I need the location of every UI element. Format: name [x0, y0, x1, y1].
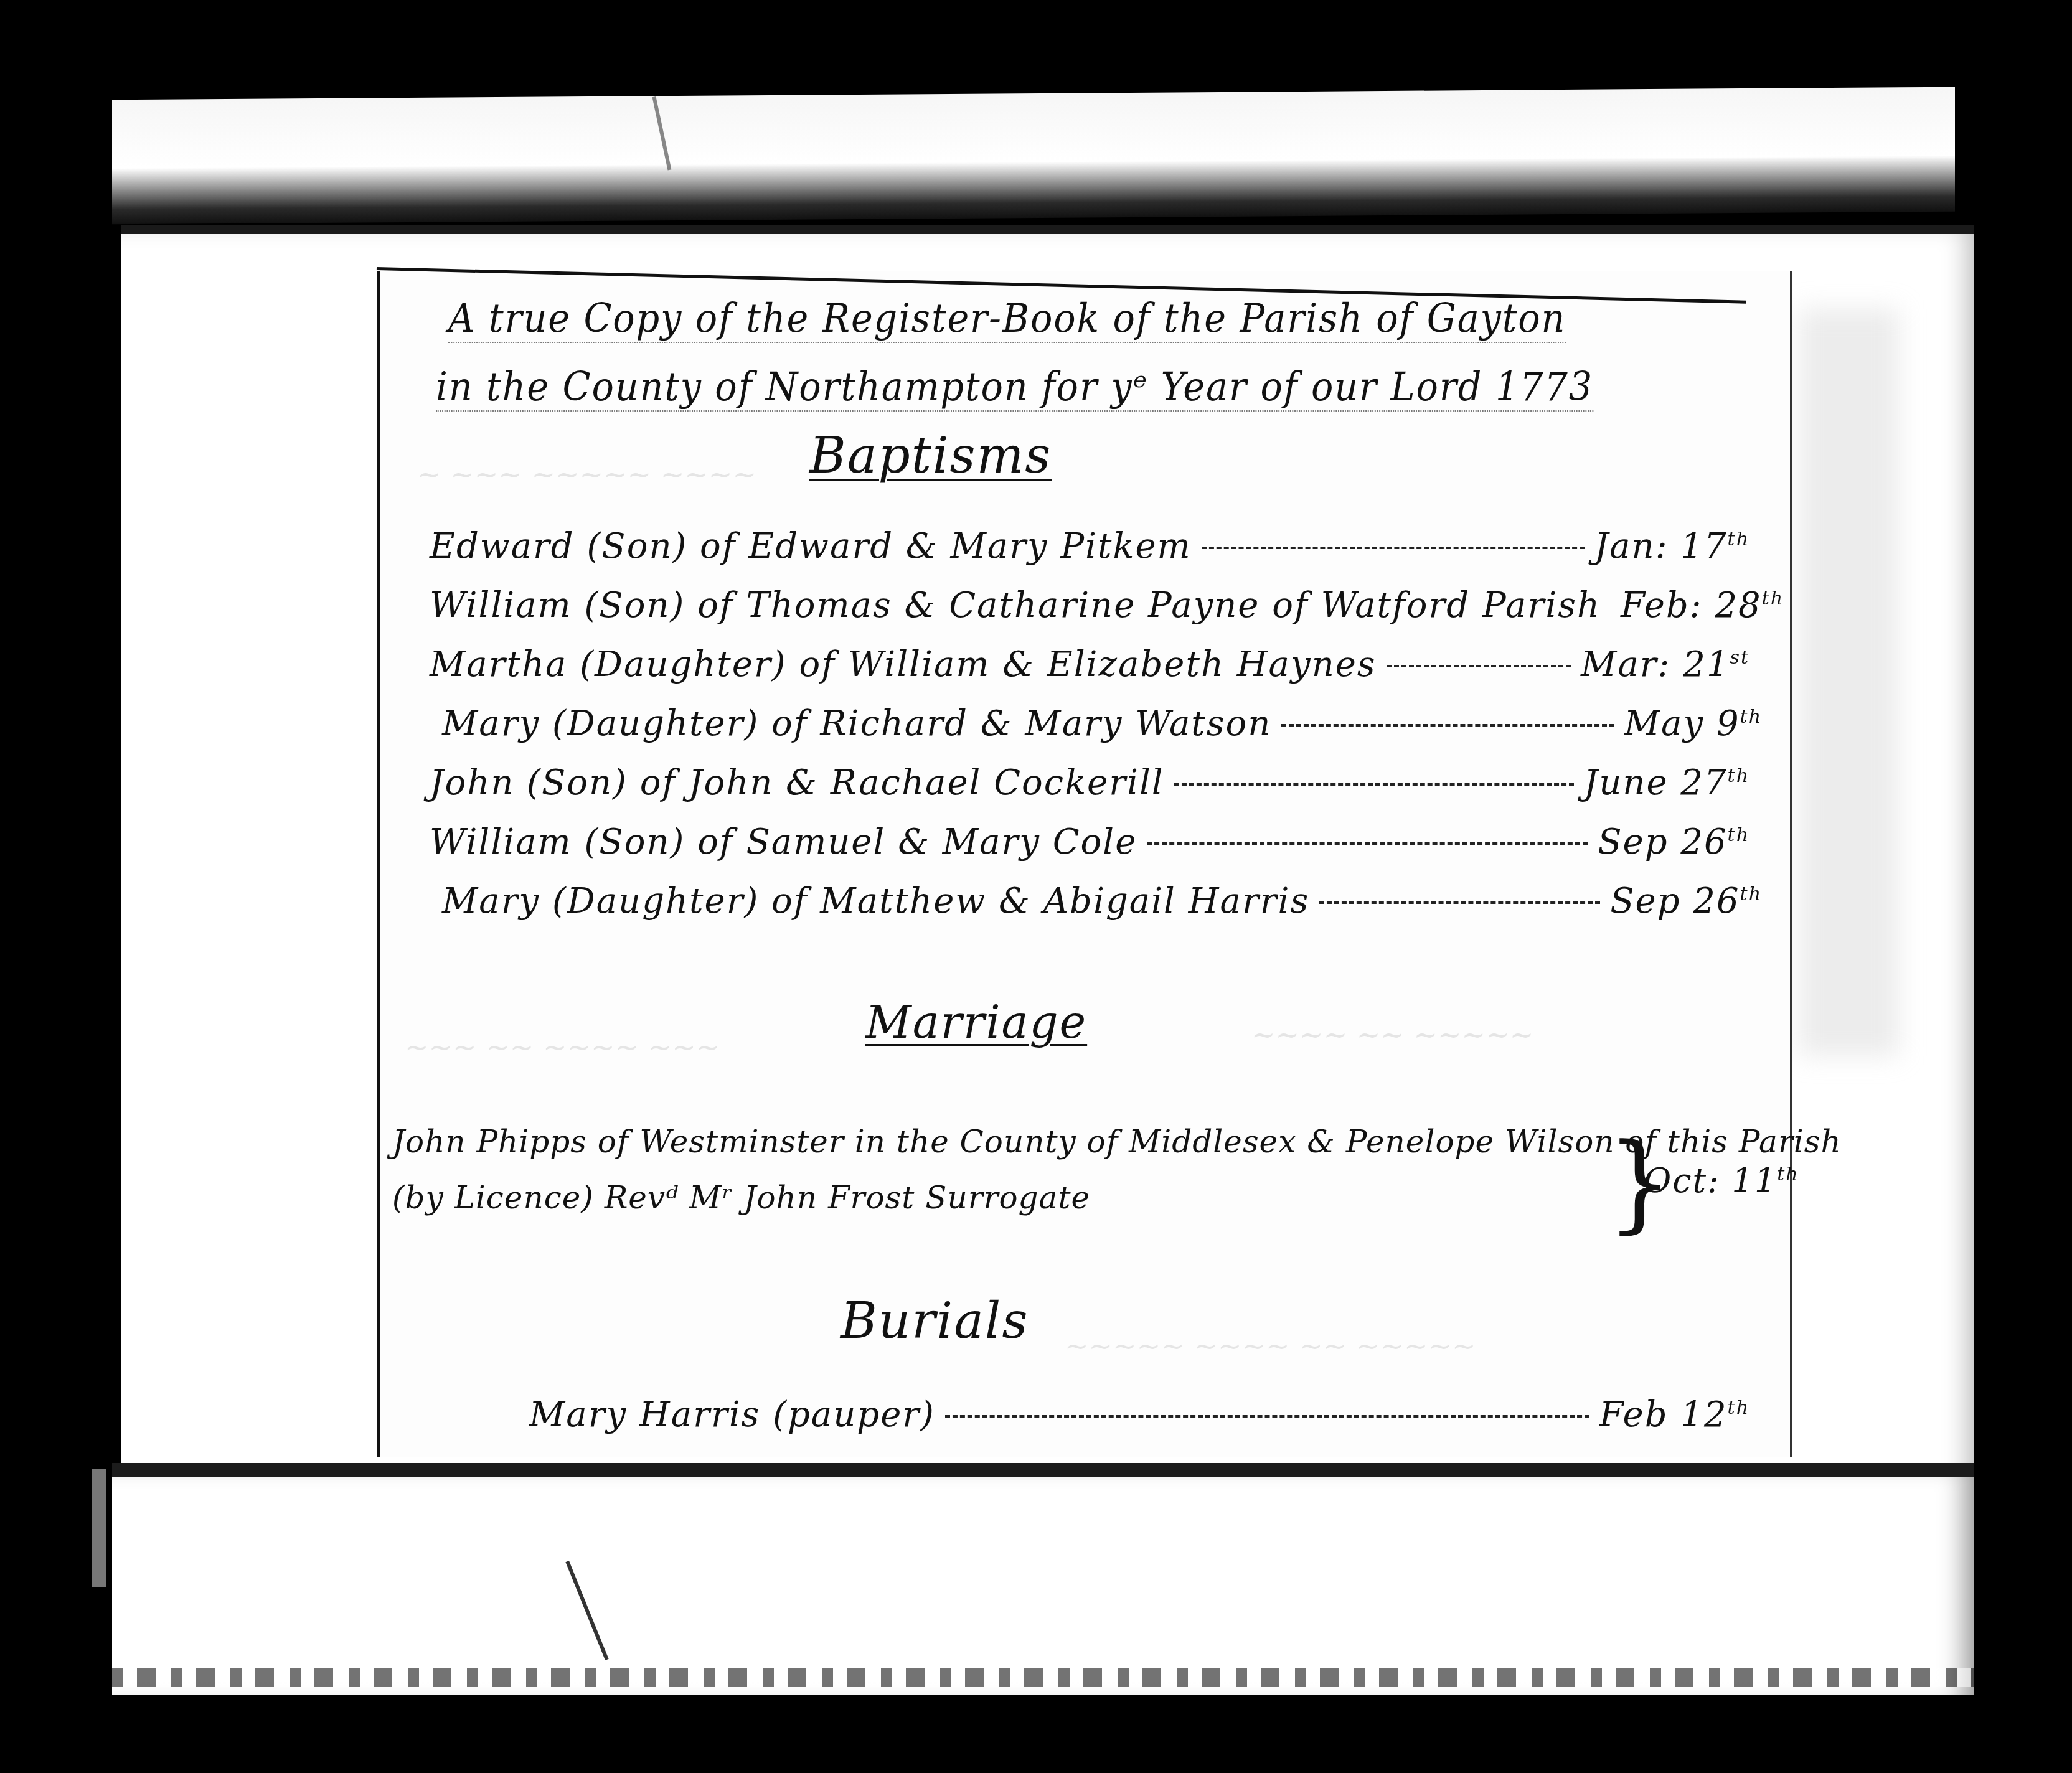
dotted-leader	[1319, 901, 1600, 904]
bleed-through-text: ~~~~~ ~~~~ ~~ ~~~~~	[1065, 1329, 1476, 1363]
entry-date: Feb 12th	[1599, 1394, 1749, 1435]
entry-date: Feb: 28th	[1621, 585, 1784, 626]
dotted-leader	[1281, 724, 1614, 727]
baptism-entry: Mary (Daughter) of Richard & Mary Watson…	[442, 703, 1762, 744]
burial-entry: Mary Harris (pauper) Feb 12th	[529, 1394, 1749, 1435]
baptism-entry: Martha (Daughter) of William & Elizabeth…	[430, 644, 1749, 685]
entry-date: Mar: 21st	[1581, 644, 1749, 685]
entry-text: William (Son) of Thomas & Catharine Payn…	[430, 585, 1601, 626]
entry-date: May 9th	[1624, 703, 1762, 744]
covering-sheet	[112, 1463, 1974, 1695]
marriage-entry: John Phipps of Westminster in the County…	[392, 1124, 1762, 1248]
entry-text: William (Son) of Samuel & Mary Cole	[430, 822, 1137, 862]
entry-text: Mary (Daughter) of Matthew & Abigail Har…	[442, 881, 1309, 921]
marriage-heading: Marriage	[865, 996, 1087, 1048]
bleed-through-text: ~~~ ~~ ~~~~ ~~~	[405, 1030, 720, 1064]
dotted-leader	[1202, 547, 1585, 549]
dotted-leader	[1387, 665, 1571, 667]
title-line-1: A true Copy of the Register-Book of the …	[448, 296, 1566, 343]
paper-stain	[1799, 309, 1899, 1056]
ink-mark	[652, 96, 672, 170]
marriage-line-2: (by Licence) Revᵈ Mʳ John Frost Surrogat…	[392, 1180, 1090, 1216]
dotted-leader	[1174, 783, 1574, 786]
baptism-entry: William (Son) of Samuel & Mary Cole Sep …	[430, 822, 1749, 862]
title-line-2: in the County of Northampton for yᵉ Year…	[436, 364, 1593, 412]
dotted-leader	[1147, 842, 1588, 845]
entry-text: John (Son) of John & Rachael Cockerill	[430, 763, 1164, 803]
baptism-entry: William (Son) of Thomas & Catharine Payn…	[430, 585, 1749, 626]
entry-date: Sep 26th	[1598, 822, 1749, 862]
entry-text: Mary (Daughter) of Richard & Mary Watson	[442, 703, 1271, 744]
entry-text: Mary Harris (pauper)	[529, 1394, 935, 1435]
entry-text: Edward (Son) of Edward & Mary Pitkem	[430, 526, 1192, 567]
bleed-through-text: ~~~~ ~~ ~~~~~	[1251, 1018, 1533, 1051]
register-page: ~ ~~~ ~~~~~ ~~~~ ~~~ ~~ ~~~~ ~~~ ~~~~ ~~…	[377, 271, 1792, 1457]
marriage-date: Oct: 11th	[1644, 1161, 1799, 1200]
bleed-through-text: ~ ~~~ ~~~~~ ~~~~	[417, 458, 756, 491]
entry-date: Jan: 17th	[1594, 526, 1749, 567]
dotted-leader	[945, 1415, 1589, 1418]
back-sheet	[112, 87, 1955, 225]
baptism-entry: John (Son) of John & Rachael Cockerill J…	[430, 763, 1749, 803]
entry-date: Sep 26th	[1610, 881, 1762, 921]
entry-date: June 27th	[1584, 763, 1749, 803]
burials-heading: Burials	[841, 1292, 1029, 1350]
baptism-entry: Edward (Son) of Edward & Mary Pitkem Jan…	[430, 526, 1749, 567]
entry-text: Martha (Daughter) of William & Elizabeth…	[430, 644, 1377, 685]
torn-paper-edge	[112, 1668, 1974, 1687]
baptism-entry: Mary (Daughter) of Matthew & Abigail Har…	[442, 881, 1762, 921]
ink-mark	[565, 1561, 608, 1660]
baptisms-heading: Baptisms	[809, 426, 1052, 484]
mount-edge-strip	[92, 1469, 106, 1587]
